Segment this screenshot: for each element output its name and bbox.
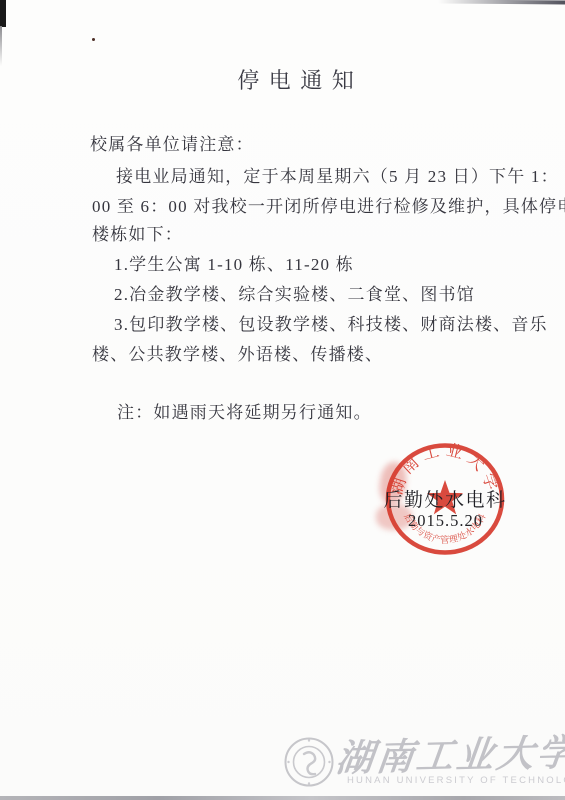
notice-list-item: 3.包印教学楼、包设教学楼、科技楼、财商法楼、音乐: [114, 310, 548, 335]
scan-corner-artifact: [0, 0, 6, 27]
scan-top-edge-artifact: [438, 0, 565, 4]
notice-salutation: 校属各单位请注意：: [90, 130, 254, 155]
stamp-issuer-overprint: 后勤处水电科: [370, 485, 520, 512]
university-watermark-logo: 湖南工业大学 HUNAN UNIVERSITY OF TECHNOLOGY: [283, 729, 563, 795]
stamp-date-overprint: 2015.5.20: [398, 511, 493, 531]
notice-body-line: 00 至 6：00 对我校一开闭所停电进行检修及维护，具体停电: [92, 192, 565, 217]
university-name-cn: 湖南工业大学: [334, 722, 565, 782]
notice-body-line: 接电业局通知，定于本周星期六（5 月 23 日）下午 1：: [116, 162, 559, 187]
scan-bottom-edge-artifact: [0, 796, 565, 800]
notice-list-item: 2.冶金教学楼、综合实验楼、二食堂、图书馆: [114, 280, 475, 305]
notice-list-item: 1.学生公寓 1-10 栋、11-20 栋: [114, 250, 354, 275]
scanned-notice-page: 停 电 通 知 校属各单位请注意： 接电业局通知，定于本周星期六（5 月 23 …: [0, 0, 565, 800]
notice-note: 注：如遇雨天将延期另行通知。: [117, 398, 372, 423]
notice-title: 停 电 通 知: [0, 64, 565, 95]
scan-speck-artifact: [92, 38, 95, 41]
notice-body-line: 楼栋如下：: [92, 220, 183, 245]
scan-left-edge-artifact: [0, 26, 2, 66]
university-name-en: HUNAN UNIVERSITY OF TECHNOLOGY: [347, 775, 565, 786]
notice-list-item-continued: 楼、公共教学楼、外语楼、传播楼、: [92, 340, 383, 365]
university-emblem-icon: [283, 733, 337, 791]
